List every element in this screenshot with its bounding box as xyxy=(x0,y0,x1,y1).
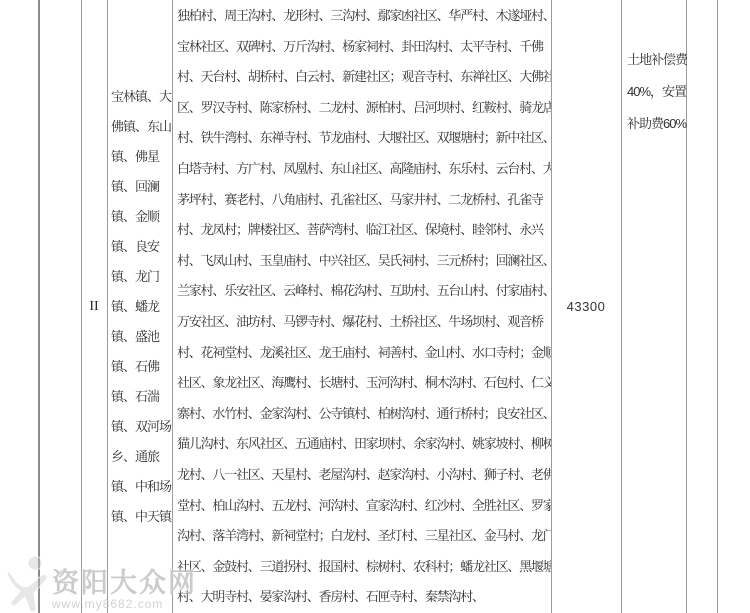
text-line: 佛镇、东山 xyxy=(108,112,171,142)
text-line: 镇、盛池 xyxy=(108,322,171,352)
text-line: 镇、双河场 xyxy=(108,412,171,442)
amount-value: 43300 xyxy=(567,299,606,314)
compensation-note-cell: 土地补偿费40%，安置补助费60% xyxy=(621,0,686,613)
towns-cell: 宝林镇、大佛镇、东山镇、佛星镇、回澜镇、金顺镇、良安镇、龙门镇、蟠龙镇、盛池镇、… xyxy=(108,0,171,613)
text-line: 镇、佛星 xyxy=(108,142,171,172)
text-line: 村、大明寺村、晏家沟村、香房村、石匣寺村、秦禁沟村、 xyxy=(177,582,551,613)
text-line: 镇、良安 xyxy=(108,232,171,262)
text-line: 村、铁牛湾村、东禅寺村、节龙庙村、大堰社区、双堰塘村；新中社区、 xyxy=(177,123,551,154)
text-line: 独柏村、周王沟村、龙形村、三沟村、鄢家凼社区、华严村、木遂垭村、 xyxy=(177,1,551,32)
text-line: 宝林社区、双碑村、万斤沟村、杨家祠村、卦田沟村、太平寺村、千佛 xyxy=(177,32,551,63)
table-rule-col-last-left xyxy=(686,0,687,613)
table-rule-right-border xyxy=(717,0,718,613)
text-line: 万安社区、油坊村、马锣寺村、爆花村、土桥社区、牛场坝村、观音桥 xyxy=(177,307,551,338)
text-line: 村、龙凤村；牌楼社区、菩萨湾村、临江社区、保境村、睦邻村、永兴 xyxy=(177,215,551,246)
text-line: 茅坪村、赛老村、八角庙村、孔雀社区、马家井村、二龙桥村、孔雀寺 xyxy=(177,185,551,216)
text-line: 社区、金鼓村、三道拐村、报国村、棕树村、农科村；蟠龙社区、黑堰塘 xyxy=(177,552,551,583)
text-line: 补助费60% xyxy=(627,108,686,140)
text-line: 镇、龙门 xyxy=(108,262,171,292)
text-line: 寨村、水竹村、金家沟村、公寺镇村、柏树沟村、通行桥村；良安社区、 xyxy=(177,399,551,430)
text-line: 镇、石佛 xyxy=(108,352,171,382)
text-line: 社区、象龙社区、海鹰村、长塘村、玉河沟村、桐木沟村、石包村、仁义 xyxy=(177,368,551,399)
table-row-crop: II 宝林镇、大佛镇、东山镇、佛星镇、回澜镇、金顺镇、良安镇、龙门镇、蟠龙镇、盛… xyxy=(0,0,750,613)
text-line: 堂村、柏山沟村、五龙村、河沟村、宣家沟村、红沙村、全胜社区、罗家 xyxy=(177,491,551,522)
text-line: 镇、中天镇 xyxy=(108,502,171,532)
text-line: 镇、中和场 xyxy=(108,472,171,502)
row-label: II xyxy=(89,299,98,315)
text-line: 镇、石湍 xyxy=(108,382,171,412)
text-line: 白塔寺村、方广村、凤凰村、东山社区、高隆庙村、东乐村、云台村、大 xyxy=(177,154,551,185)
text-line: 猫儿沟村、东风社区、五通庙村、田家坝村、余家沟村、姚家坡村、柳树 xyxy=(177,429,551,460)
row-label-cell: II xyxy=(81,0,107,613)
table-rule-left-border xyxy=(38,0,40,613)
text-line: 村、花祠堂村、龙溪社区、龙王庙村、祠善村、金山村、水口寺村；金顺 xyxy=(177,338,551,369)
text-line: 区、罗汉寺村、陈家桥村、二龙村、源柏村、吕河坝村、红鞍村、骑龙店 xyxy=(177,93,551,124)
text-line: 土地补偿费 xyxy=(627,44,686,76)
text-line: 沟村、落羊湾村、新祠堂村；白龙村、圣灯村、三星社区、金马村、龙门 xyxy=(177,521,551,552)
text-line: 乡、通旅 xyxy=(108,442,171,472)
text-line: 镇、回澜 xyxy=(108,172,171,202)
text-line: 宝林镇、大 xyxy=(108,82,171,112)
villages-cell: 独柏村、周王沟村、龙形村、三沟村、鄢家凼社区、华严村、木遂垭村、宝林社区、双碑村… xyxy=(172,0,551,613)
amount-cell: 43300 xyxy=(551,0,621,613)
text-line: 龙村、八一社区、天星村、老屋沟村、赵家沟村、小沟村、狮子村、老佛 xyxy=(177,460,551,491)
watermark-person-icon xyxy=(6,553,52,613)
text-line: 兰家村、乐安社区、云峰村、棉花沟村、互助村、五台山村、付家庙村、 xyxy=(177,276,551,307)
text-line: 村、天台村、胡桥村、白云村、新建社区；观音寺村、东禅社区、大佛社 xyxy=(177,62,551,93)
text-line: 40%，安置 xyxy=(627,76,686,108)
text-line: 镇、蟠龙 xyxy=(108,292,171,322)
text-line: 村、飞凤山村、玉皇庙村、中兴社区、吴氏祠村、三元桥村；回澜社区、 xyxy=(177,246,551,277)
text-line: 镇、金顺 xyxy=(108,202,171,232)
